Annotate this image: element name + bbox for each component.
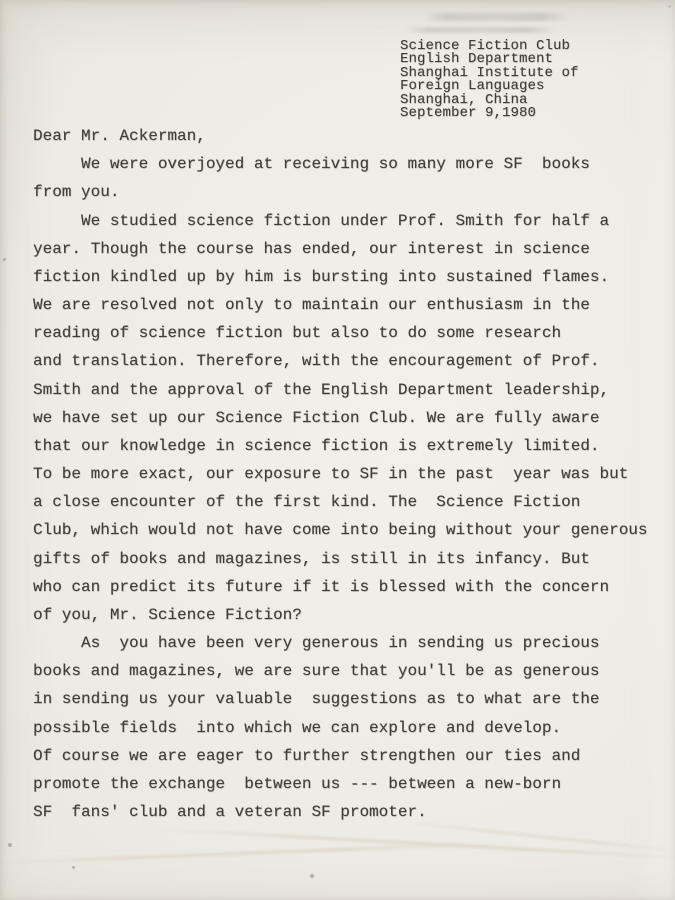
typed-line: Club, which would not have come into bei…	[33, 516, 673, 544]
letter-paragraphs: We were overjoyed at receiving so many m…	[33, 150, 673, 826]
ink-speck	[668, 5, 671, 8]
letter-page: Science Fiction ClubEnglish DepartmentSh…	[0, 0, 675, 900]
letter-body: Dear Mr. Ackerman, We were overjoyed at …	[33, 122, 673, 826]
typed-line: As you have been very generous in sendin…	[33, 629, 673, 657]
ink-speck	[8, 843, 12, 847]
letter-header-address: Science Fiction ClubEnglish DepartmentSh…	[400, 40, 579, 120]
typed-line: and translation. Therefore, with the enc…	[33, 347, 673, 375]
typed-line: To be more exact, our exposure to SF in …	[33, 460, 673, 488]
typed-line: from you.	[33, 178, 673, 206]
ink-speck	[310, 874, 314, 878]
paper-crease	[0, 842, 500, 865]
erased-text-mark	[424, 13, 570, 21]
typed-line: Of course we are eager to further streng…	[33, 742, 673, 770]
erased-text-mark	[406, 27, 556, 33]
typed-line: We were overjoyed at receiving so many m…	[33, 150, 673, 178]
typed-line: We studied science fiction under Prof. S…	[33, 207, 673, 235]
typed-line: who can predict its future if it is bles…	[33, 573, 673, 601]
typed-line: fiction kindled up by him is bursting in…	[33, 263, 673, 291]
ink-speck	[3, 258, 6, 261]
typed-line: year. Though the course has ended, our i…	[33, 235, 673, 263]
typed-line: a close encounter of the first kind. The…	[33, 488, 673, 516]
typed-line: Smith and the approval of the English De…	[33, 376, 673, 404]
typed-line: We are resolved not only to maintain our…	[33, 291, 673, 319]
typed-line: of you, Mr. Science Fiction?	[33, 601, 673, 629]
ink-speck	[72, 866, 75, 869]
typed-line: gifts of books and magazines, is still i…	[33, 545, 673, 573]
typed-line: that our knowledge in science fiction is…	[33, 432, 673, 460]
typed-line: possible fields into which we can explor…	[33, 714, 673, 742]
typed-line: promote the exchange between us --- betw…	[33, 770, 673, 798]
typed-line: reading of science fiction but also to d…	[33, 319, 673, 347]
typed-line: books and magazines, we are sure that yo…	[33, 657, 673, 685]
header-line: September 9,1980	[400, 107, 579, 120]
typed-line: we have set up our Science Fiction Club.…	[33, 404, 673, 432]
typed-line: SF fans' club and a veteran SF promoter.	[33, 798, 673, 826]
salutation: Dear Mr. Ackerman,	[33, 122, 673, 150]
typed-line: in sending us your valuable suggestions …	[33, 685, 673, 713]
